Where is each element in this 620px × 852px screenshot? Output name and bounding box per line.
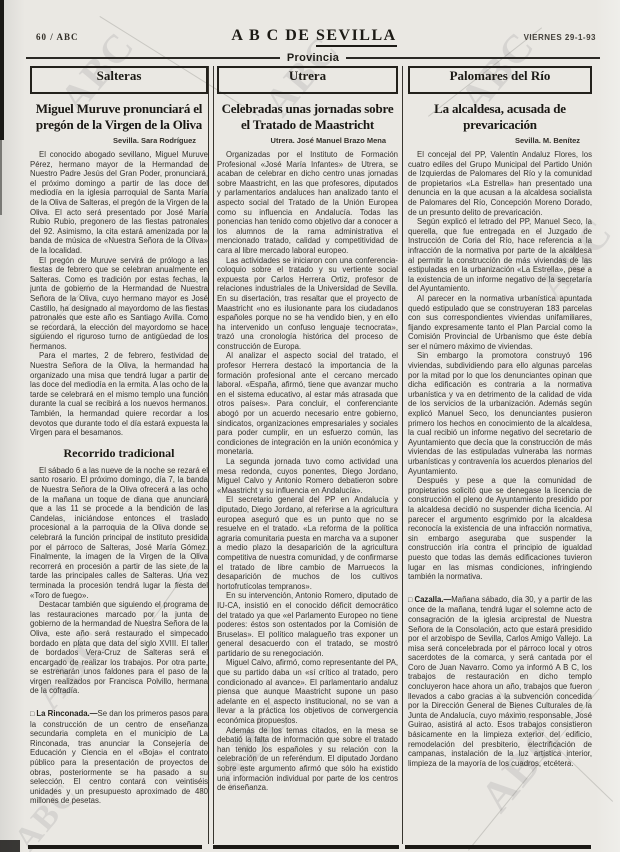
article-palomares: Palomares del Río La alcaldesa, acusada … xyxy=(408,66,592,844)
news-brief: □ La Rinconada.—Se dan los primeros paso… xyxy=(30,709,208,806)
town-label: Salteras xyxy=(97,68,142,83)
article-byline: Sevilla. M. Benítez xyxy=(408,136,592,146)
article-paragraph: Después y pese a que la comunidad de pro… xyxy=(408,476,592,582)
town-box-palomares: Palomares del Río xyxy=(408,66,592,94)
article-paragraph: Las actividades se iniciaron con una con… xyxy=(217,256,398,352)
article-paragraph: Según explicó el letrado del PP, Manuel … xyxy=(408,217,592,294)
scan-edge-artifact xyxy=(0,0,4,140)
article-paragraph: Para el martes, 2 de febrero, festividad… xyxy=(30,351,208,437)
section-rule-left xyxy=(26,57,280,59)
article-paragraph: Miguel Calvo, afirmó, como representante… xyxy=(217,658,398,725)
article-paragraph: Al parecer en la normativa urbanística a… xyxy=(408,294,592,352)
column-separator xyxy=(402,66,403,844)
article-utrera: Utrera Celebradas unas jornadas sobre el… xyxy=(217,66,398,844)
section-rule-right xyxy=(346,57,600,59)
masthead-prefix: A B C DE xyxy=(231,27,310,44)
section-label: Provincia xyxy=(280,52,346,64)
article-paragraph: Organizadas por el Instituto de Formació… xyxy=(217,150,398,256)
article-headline: Celebradas unas jornadas sobre el Tratad… xyxy=(218,101,397,133)
scan-edge-artifact xyxy=(0,840,20,852)
column-bottom-rule xyxy=(213,845,399,849)
news-brief: □ Cazalla.—Mañana sábado, día 30, y a pa… xyxy=(408,595,592,769)
article-paragraph: El concejal del PP, Valentín Andaluz Flo… xyxy=(408,150,592,217)
article-paragraph: El conocido abogado sevillano, Miguel Mu… xyxy=(30,150,208,256)
article-paragraph: El sábado 6 a las nueve de la noche se r… xyxy=(30,466,208,600)
scan-edge-artifact xyxy=(0,140,2,215)
article-paragraph: Sin embargo la promotora construyó 196 v… xyxy=(408,351,592,476)
column-separator xyxy=(208,66,214,844)
brief-lead: Cazalla.— xyxy=(414,595,451,604)
section-header: Provincia xyxy=(26,52,600,64)
article-headline: La alcaldesa, acusada de prevaricación xyxy=(409,101,591,133)
article-headline: Miguel Muruve pronunciará el pregón de l… xyxy=(31,101,207,133)
town-label: Palomares del Río xyxy=(450,68,551,83)
article-paragraph: Destacar también que siguiendo el progra… xyxy=(30,600,208,696)
newspaper-page: ABC ABC ABC ABC ABC ABC ABC ABC 60 / ABC… xyxy=(0,0,620,852)
article-body: Organizadas por el Instituto de Formació… xyxy=(217,150,398,793)
article-paragraph: Además de los temas citados, en la mesa … xyxy=(217,726,398,793)
article-byline: Sevilla. Sara Rodríguez xyxy=(30,136,208,146)
masthead: A B C DE SEVILLA xyxy=(30,26,598,46)
article-body: El concejal del PP, Valentín Andaluz Flo… xyxy=(408,150,592,768)
town-label: Utrera xyxy=(289,68,326,83)
masthead-city: SEVILLA xyxy=(316,27,397,47)
article-salteras: Salteras Miguel Muruve pronunciará el pr… xyxy=(30,66,208,844)
article-byline: Utrera. José Manuel Brazo Mena xyxy=(217,136,398,146)
town-box-utrera: Utrera xyxy=(217,66,398,94)
article-paragraph: El secretario general del PP en Andalucí… xyxy=(217,495,398,591)
column-bottom-rule xyxy=(28,845,202,849)
article-body: El conocido abogado sevillano, Miguel Mu… xyxy=(30,150,208,806)
edition-date: VIERNES 29-1-93 xyxy=(524,33,596,42)
article-paragraph: Al analizar el aspecto social del tratad… xyxy=(217,351,398,457)
article-paragraph: El pregón de Muruve servirá de prólogo a… xyxy=(30,256,208,352)
column-bottom-rule xyxy=(405,845,591,849)
brief-lead: La Rinconada.— xyxy=(36,709,97,718)
article-paragraph: La segunda jornada tuvo como actividad u… xyxy=(217,457,398,495)
article-paragraph: En su intervención, Antonio Romero, dipu… xyxy=(217,591,398,658)
page-header: 60 / ABC A B C DE SEVILLA VIERNES 29-1-9… xyxy=(30,26,598,46)
town-box-salteras: Salteras xyxy=(30,66,208,94)
article-subheading: Recorrido tradicional xyxy=(30,446,208,461)
